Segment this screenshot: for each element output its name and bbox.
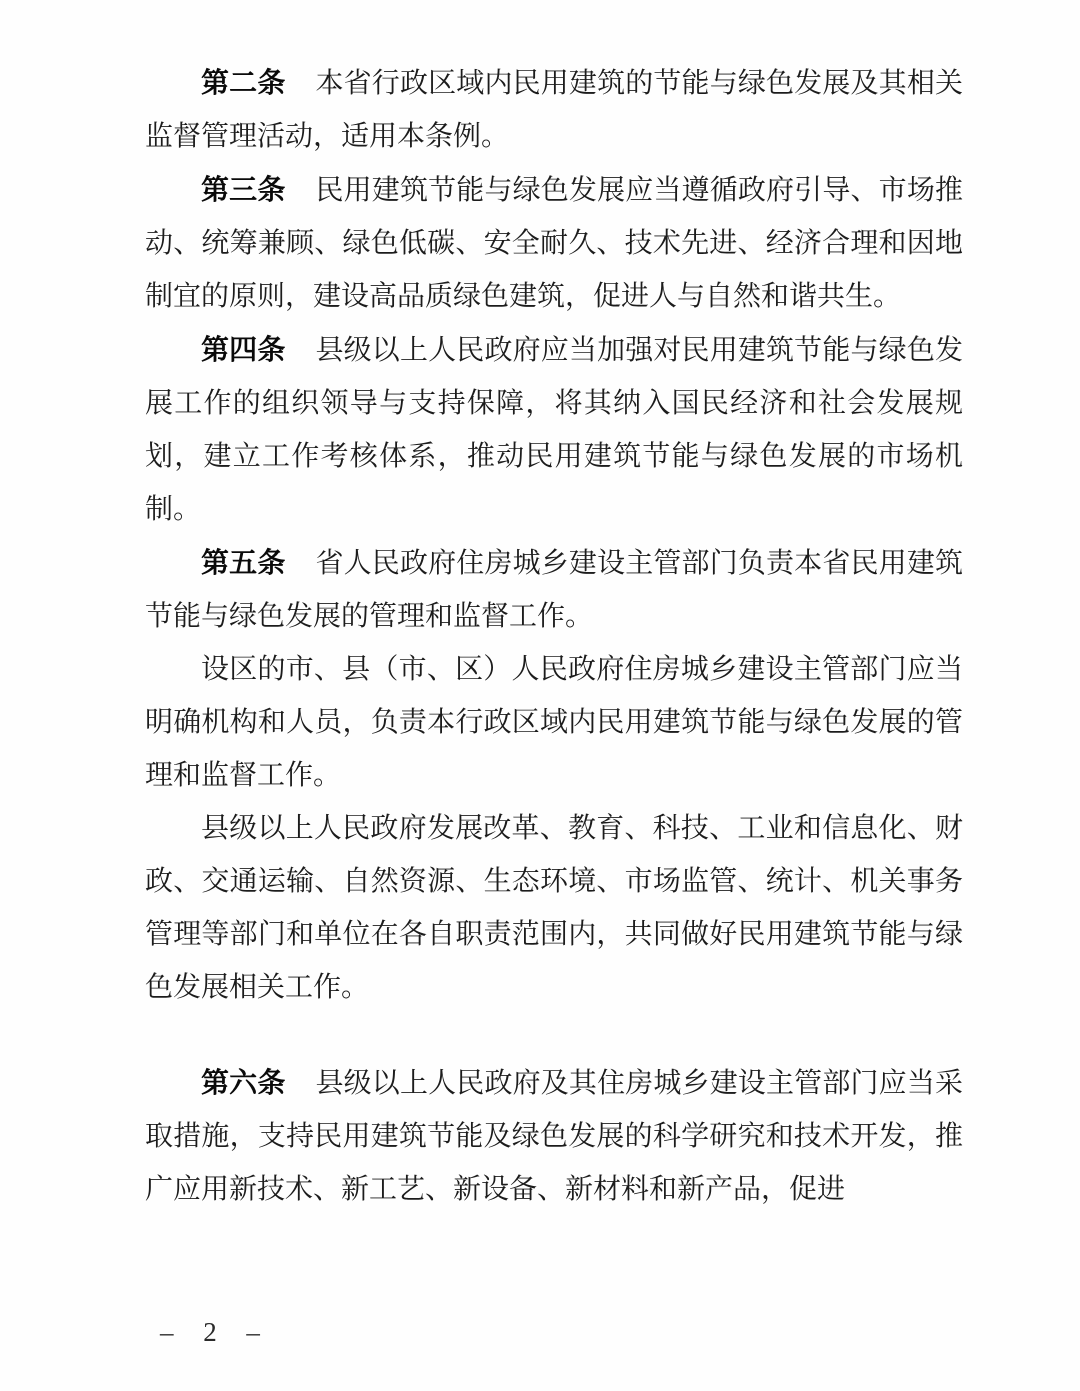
article-3-label: 第三条 xyxy=(201,174,285,205)
paragraph-article-3: 第三条民用建筑节能与绿色发展应当遵循政府引导、市场推动、统筹兼顾、绿色低碳、安全… xyxy=(145,163,963,323)
paragraph-article-5-clause-3: 县级以上人民政府发展改革、教育、科技、工业和信息化、财政、交通运输、自然资源、生… xyxy=(145,802,963,1014)
article-4-label: 第四条 xyxy=(201,334,285,365)
article-5-clause-2-text: 设区的市、县（市、区）人民政府住房城乡建设主管部门应当明确机构和人员，负责本行政… xyxy=(145,654,963,791)
article-5-label: 第五条 xyxy=(201,547,285,578)
paragraph-spacer xyxy=(145,1014,963,1056)
paragraph-article-5: 第五条省人民政府住房城乡建设主管部门负责本省民用建筑节能与绿色发展的管理和监督工… xyxy=(145,536,963,643)
page-number: – 2 – xyxy=(160,1316,260,1348)
paragraph-article-2: 第二条本省行政区域内民用建筑的节能与绿色发展及其相关监督管理活动，适用本条例。 xyxy=(145,56,963,163)
paragraph-article-4: 第四条县级以上人民政府应当加强对民用建筑节能与绿色发展工作的组织领导与支持保障，… xyxy=(145,323,963,536)
article-2-label: 第二条 xyxy=(201,67,285,98)
article-6-label: 第六条 xyxy=(201,1067,285,1098)
paragraph-article-6: 第六条县级以上人民政府及其住房城乡建设主管部门应当采取措施，支持民用建筑节能及绿… xyxy=(145,1056,963,1216)
paragraph-article-5-clause-2: 设区的市、县（市、区）人民政府住房城乡建设主管部门应当明确机构和人员，负责本行政… xyxy=(145,643,963,802)
document-page: 第二条本省行政区域内民用建筑的节能与绿色发展及其相关监督管理活动，适用本条例。 … xyxy=(0,0,1080,1391)
article-5-clause-3-text: 县级以上人民政府发展改革、教育、科技、工业和信息化、财政、交通运输、自然资源、生… xyxy=(145,813,963,1003)
